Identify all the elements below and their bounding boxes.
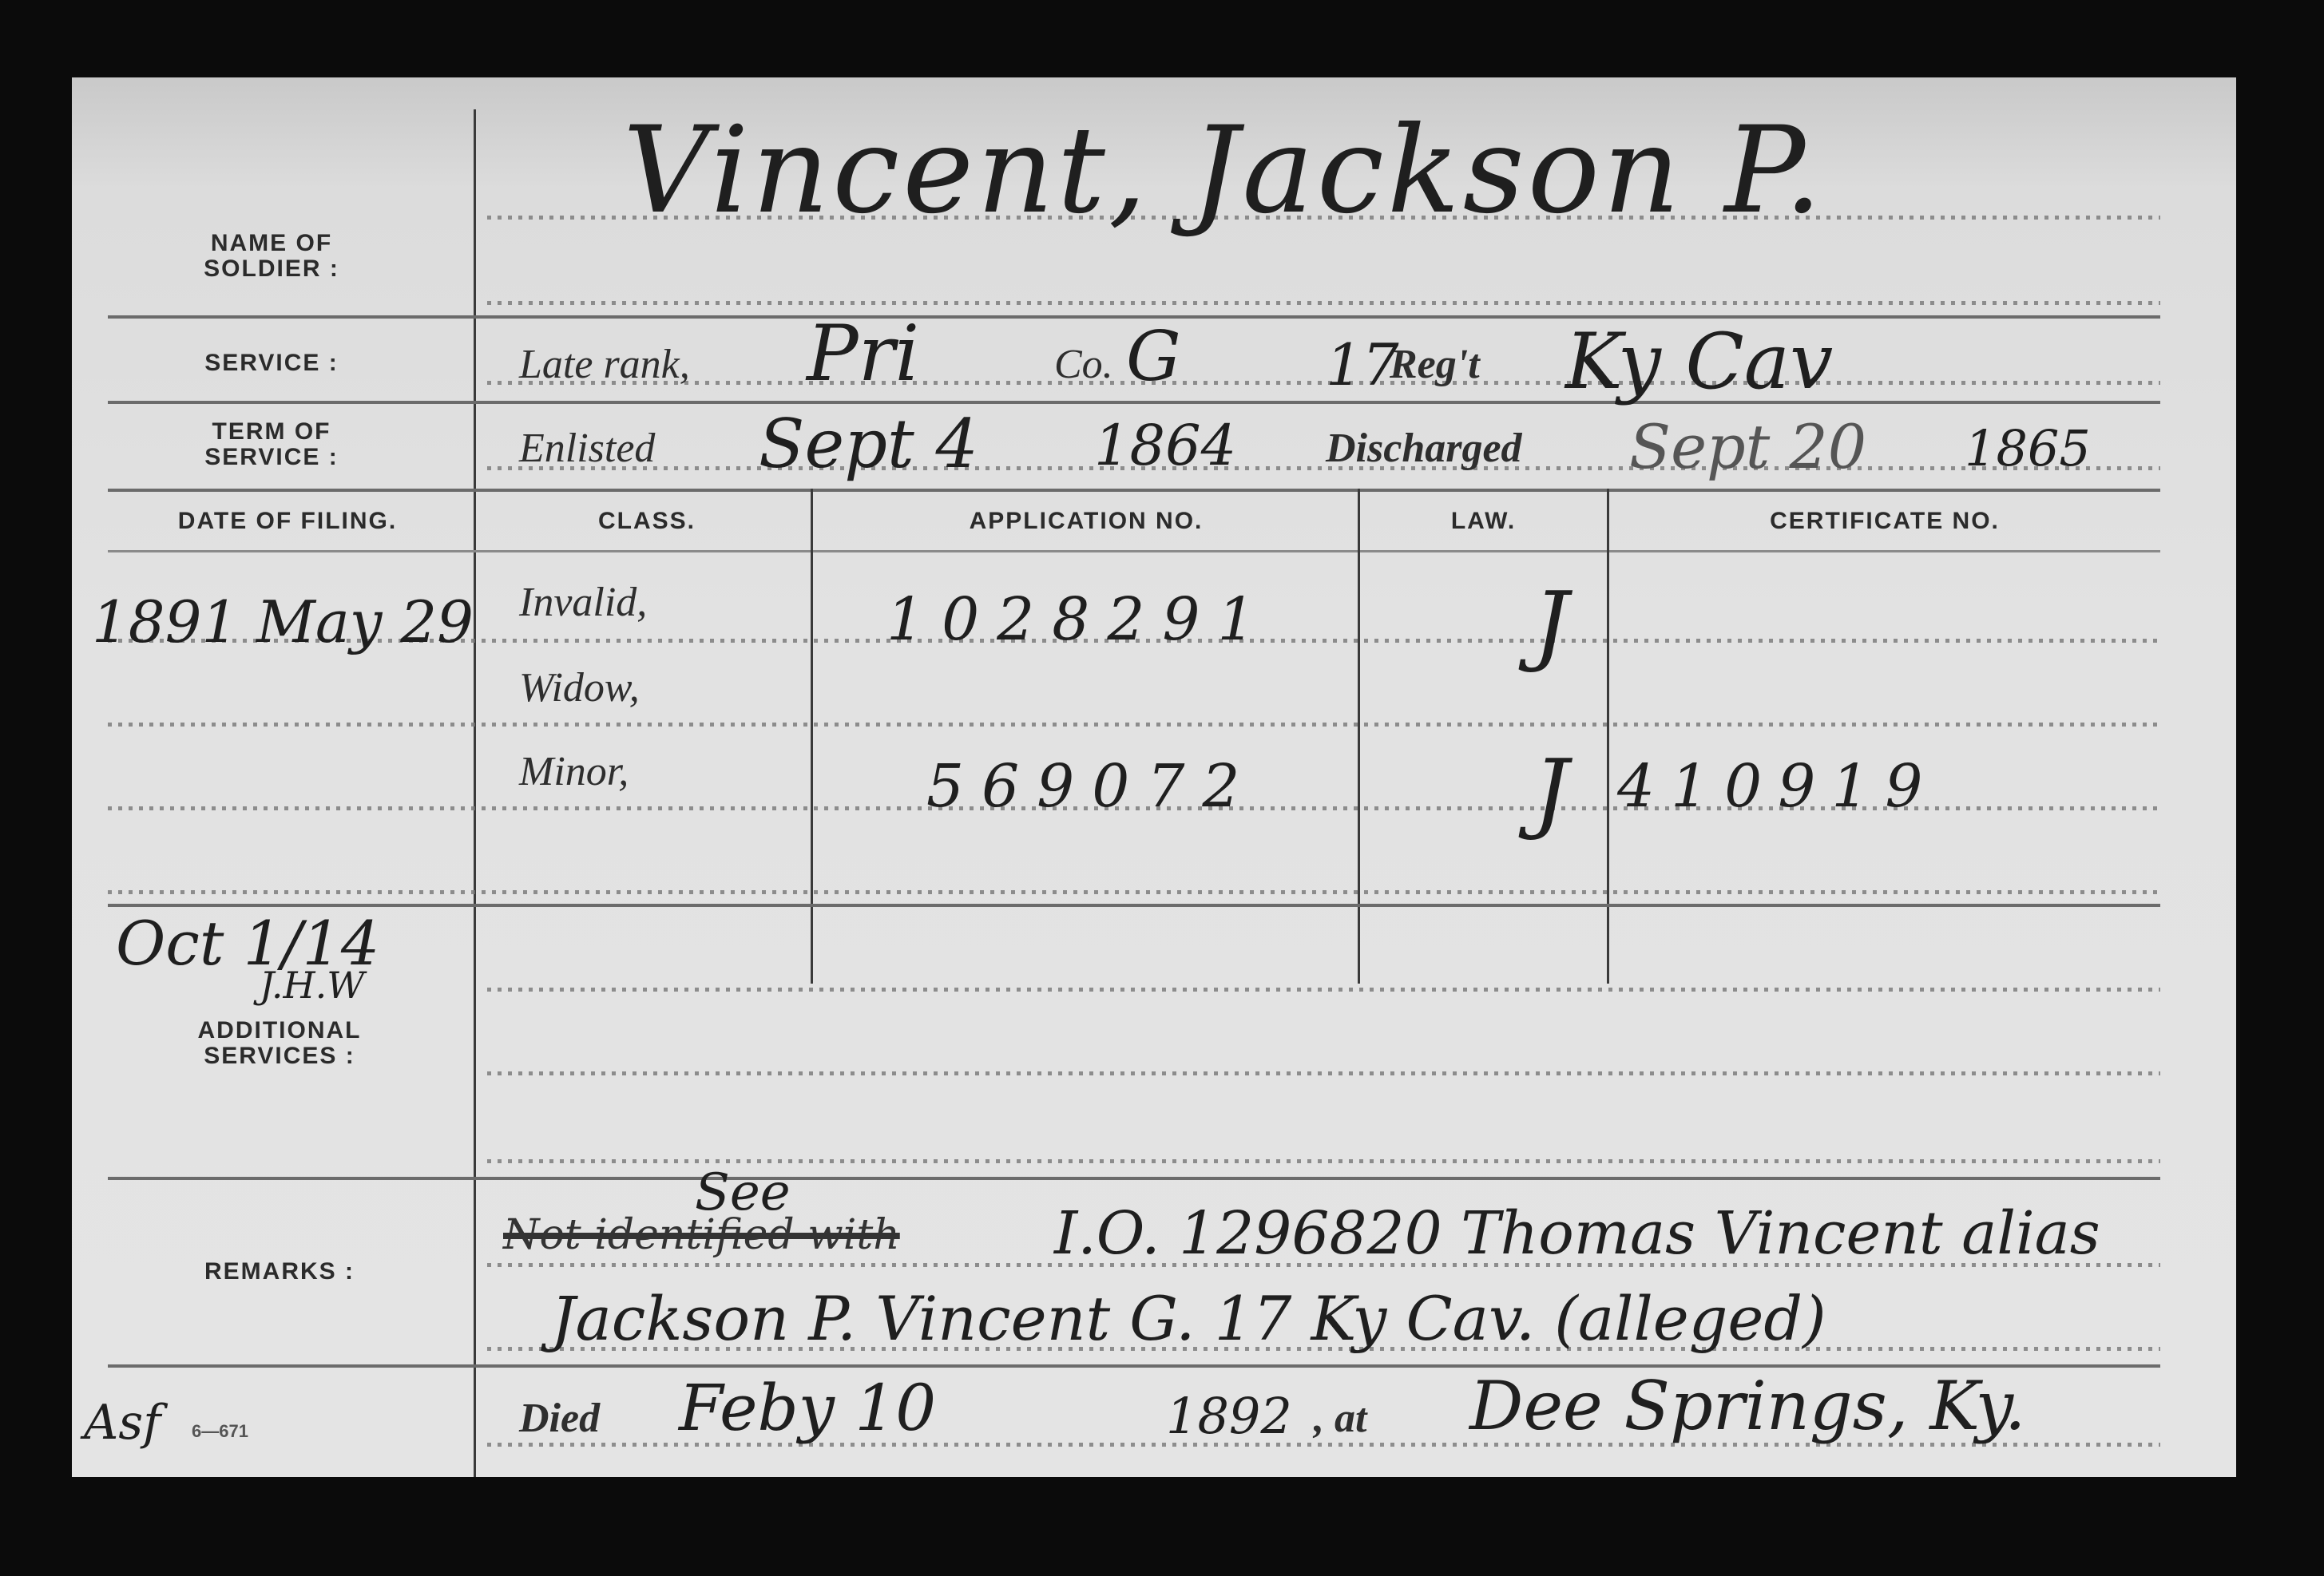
additional-dotted-2 xyxy=(487,1071,2160,1075)
term-row-divider xyxy=(108,489,2160,492)
additional-dotted-1 xyxy=(487,988,2160,992)
term-of-service-label: TERM OF SERVICE : xyxy=(184,419,359,470)
died-place: Dee Springs, Ky. xyxy=(1469,1367,2026,1445)
class-invalid: Invalid, xyxy=(519,579,647,626)
class-app-divider xyxy=(811,489,813,984)
date-of-filing-label: DATE OF FILING. xyxy=(120,509,455,534)
certificate-no-minor: 410919 xyxy=(1617,752,1939,821)
filing-date: 1891 May 29 xyxy=(92,588,474,655)
regiment-label: Reg't xyxy=(1390,341,1480,388)
law-cert-divider xyxy=(1607,489,1609,984)
name-of-soldier-label: NAME OF SOLDIER : xyxy=(176,231,367,282)
app-law-divider xyxy=(1358,489,1360,984)
additional-bottom-divider xyxy=(108,1177,2160,1180)
late-rank-value: Pri xyxy=(807,309,919,398)
application-no-invalid: 1028291 xyxy=(886,585,1273,654)
law-invalid: J xyxy=(1533,572,1569,675)
died-label: Died xyxy=(519,1395,600,1442)
class-label: CLASS. xyxy=(487,509,807,534)
certificate-no-label: CERTIFICATE NO. xyxy=(1609,509,2160,534)
service-row-divider xyxy=(108,401,2160,404)
class-widow: Widow, xyxy=(519,664,640,711)
remarks-label: REMARKS : xyxy=(176,1259,383,1285)
pension-index-card: NAME OF SOLDIER : SERVICE : TERM OF SERV… xyxy=(72,77,2236,1477)
died-at-label: , at xyxy=(1314,1395,1366,1442)
name-dotted-line-2 xyxy=(487,301,2160,305)
discharged-year: 1865 xyxy=(1965,419,2091,477)
table-header-divider xyxy=(108,550,2160,552)
enlisted-year: 1864 xyxy=(1094,413,1236,478)
remarks-line-1: I.O. 1296820 Thomas Vincent alias xyxy=(1054,1199,2100,1268)
regiment-unit: Ky Cav xyxy=(1565,317,1833,406)
table-dotted-4 xyxy=(108,890,2160,894)
late-rank-label: Late rank, xyxy=(519,341,690,388)
footer-note: Asf xyxy=(84,1395,161,1451)
table-bottom-divider xyxy=(108,904,2160,907)
company-label: Co. xyxy=(1054,341,1113,388)
service-dotted-line xyxy=(487,381,2160,385)
remarks-line-2: Jackson P. Vincent G. 17 Ky Cav. (allege… xyxy=(551,1283,1826,1354)
law-minor: J xyxy=(1533,740,1569,842)
left-column-divider xyxy=(474,109,476,1477)
additional-note-initials: J.H.W xyxy=(260,964,365,1007)
law-label: LAW. xyxy=(1362,509,1605,534)
company-value: G xyxy=(1126,317,1181,397)
regiment-number: 17 xyxy=(1326,331,1399,398)
form-number: 6—671 xyxy=(192,1419,248,1444)
discharged-date: Sept 20 xyxy=(1629,411,1866,482)
term-dotted-line xyxy=(487,466,2160,470)
died-year: 1892 xyxy=(1166,1387,1292,1445)
class-minor: Minor, xyxy=(519,748,629,795)
table-dotted-2 xyxy=(108,723,2160,727)
soldier-name: Vincent, Jackson P. xyxy=(623,101,1826,240)
died-date: Feby 10 xyxy=(679,1371,936,1445)
enlisted-date: Sept 4 xyxy=(759,405,978,483)
enlisted-label: Enlisted xyxy=(519,425,655,472)
application-no-label: APPLICATION NO. xyxy=(815,509,1358,534)
additional-services-label: ADDITIONAL SERVICES : xyxy=(184,1018,375,1069)
application-no-minor: 569072 xyxy=(926,752,1258,821)
service-label: SERVICE : xyxy=(176,350,367,376)
remarks-struck-text: Not identified with xyxy=(503,1211,900,1259)
discharged-label: Discharged xyxy=(1326,425,1522,472)
